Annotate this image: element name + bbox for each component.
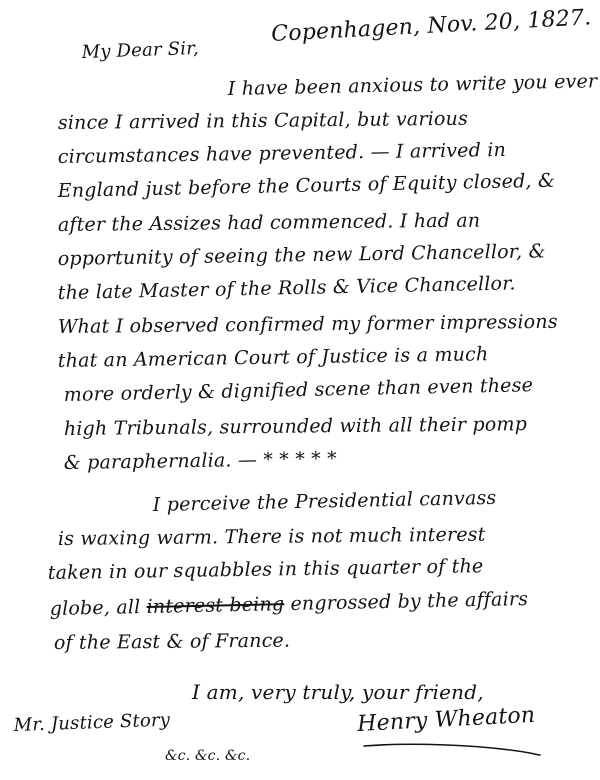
body-line: of the East & of France. — [54, 630, 291, 654]
signature-underline-icon — [362, 742, 542, 756]
addressee: Mr. Justice Story — [13, 710, 170, 736]
struck-text: interest being — [146, 593, 284, 618]
body-line: since I arrived in this Capital, but var… — [58, 108, 468, 134]
body-line: the late Master of the Rolls & Vice Chan… — [58, 272, 516, 304]
body-line: that an American Court of Justice is a m… — [58, 343, 489, 372]
body-line: opportunity of seeing the new Lord Chanc… — [58, 240, 546, 270]
body-line: is waxing warm. There is not much intere… — [58, 524, 486, 550]
body-line: high Tribunals, surrounded with all thei… — [64, 413, 527, 440]
body-line: taken in our squabbles in this quarter o… — [48, 555, 484, 584]
signature: Henry Wheaton — [357, 703, 536, 737]
closing: I am, very truly, your friend, — [192, 680, 484, 704]
body-line: I perceive the Presidential canvass — [153, 487, 497, 516]
body-line: after the Assizes had commenced. I had a… — [58, 210, 481, 236]
body-line: I have been anxious to write you ever — [228, 70, 598, 100]
body-line: What I observed confirmed my former impr… — [58, 311, 558, 338]
salutation: My Dear Sir, — [81, 38, 199, 63]
dateline: Copenhagen, Nov. 20, 1827. — [271, 5, 592, 47]
body-line: & paraphernalia. — * * * * * — [64, 448, 337, 474]
body-line: globe, all interest being engrossed by t… — [50, 588, 529, 620]
addressee-suffix: &c. &c. &c. — [165, 748, 250, 764]
body-line: England just before the Courts of Equity… — [58, 170, 556, 202]
body-line: more orderly & dignified scene than even… — [64, 374, 534, 406]
body-line: circumstances have prevented. — I arrive… — [58, 139, 506, 168]
letter-page: Copenhagen, Nov. 20, 1827. My Dear Sir, … — [0, 0, 600, 780]
